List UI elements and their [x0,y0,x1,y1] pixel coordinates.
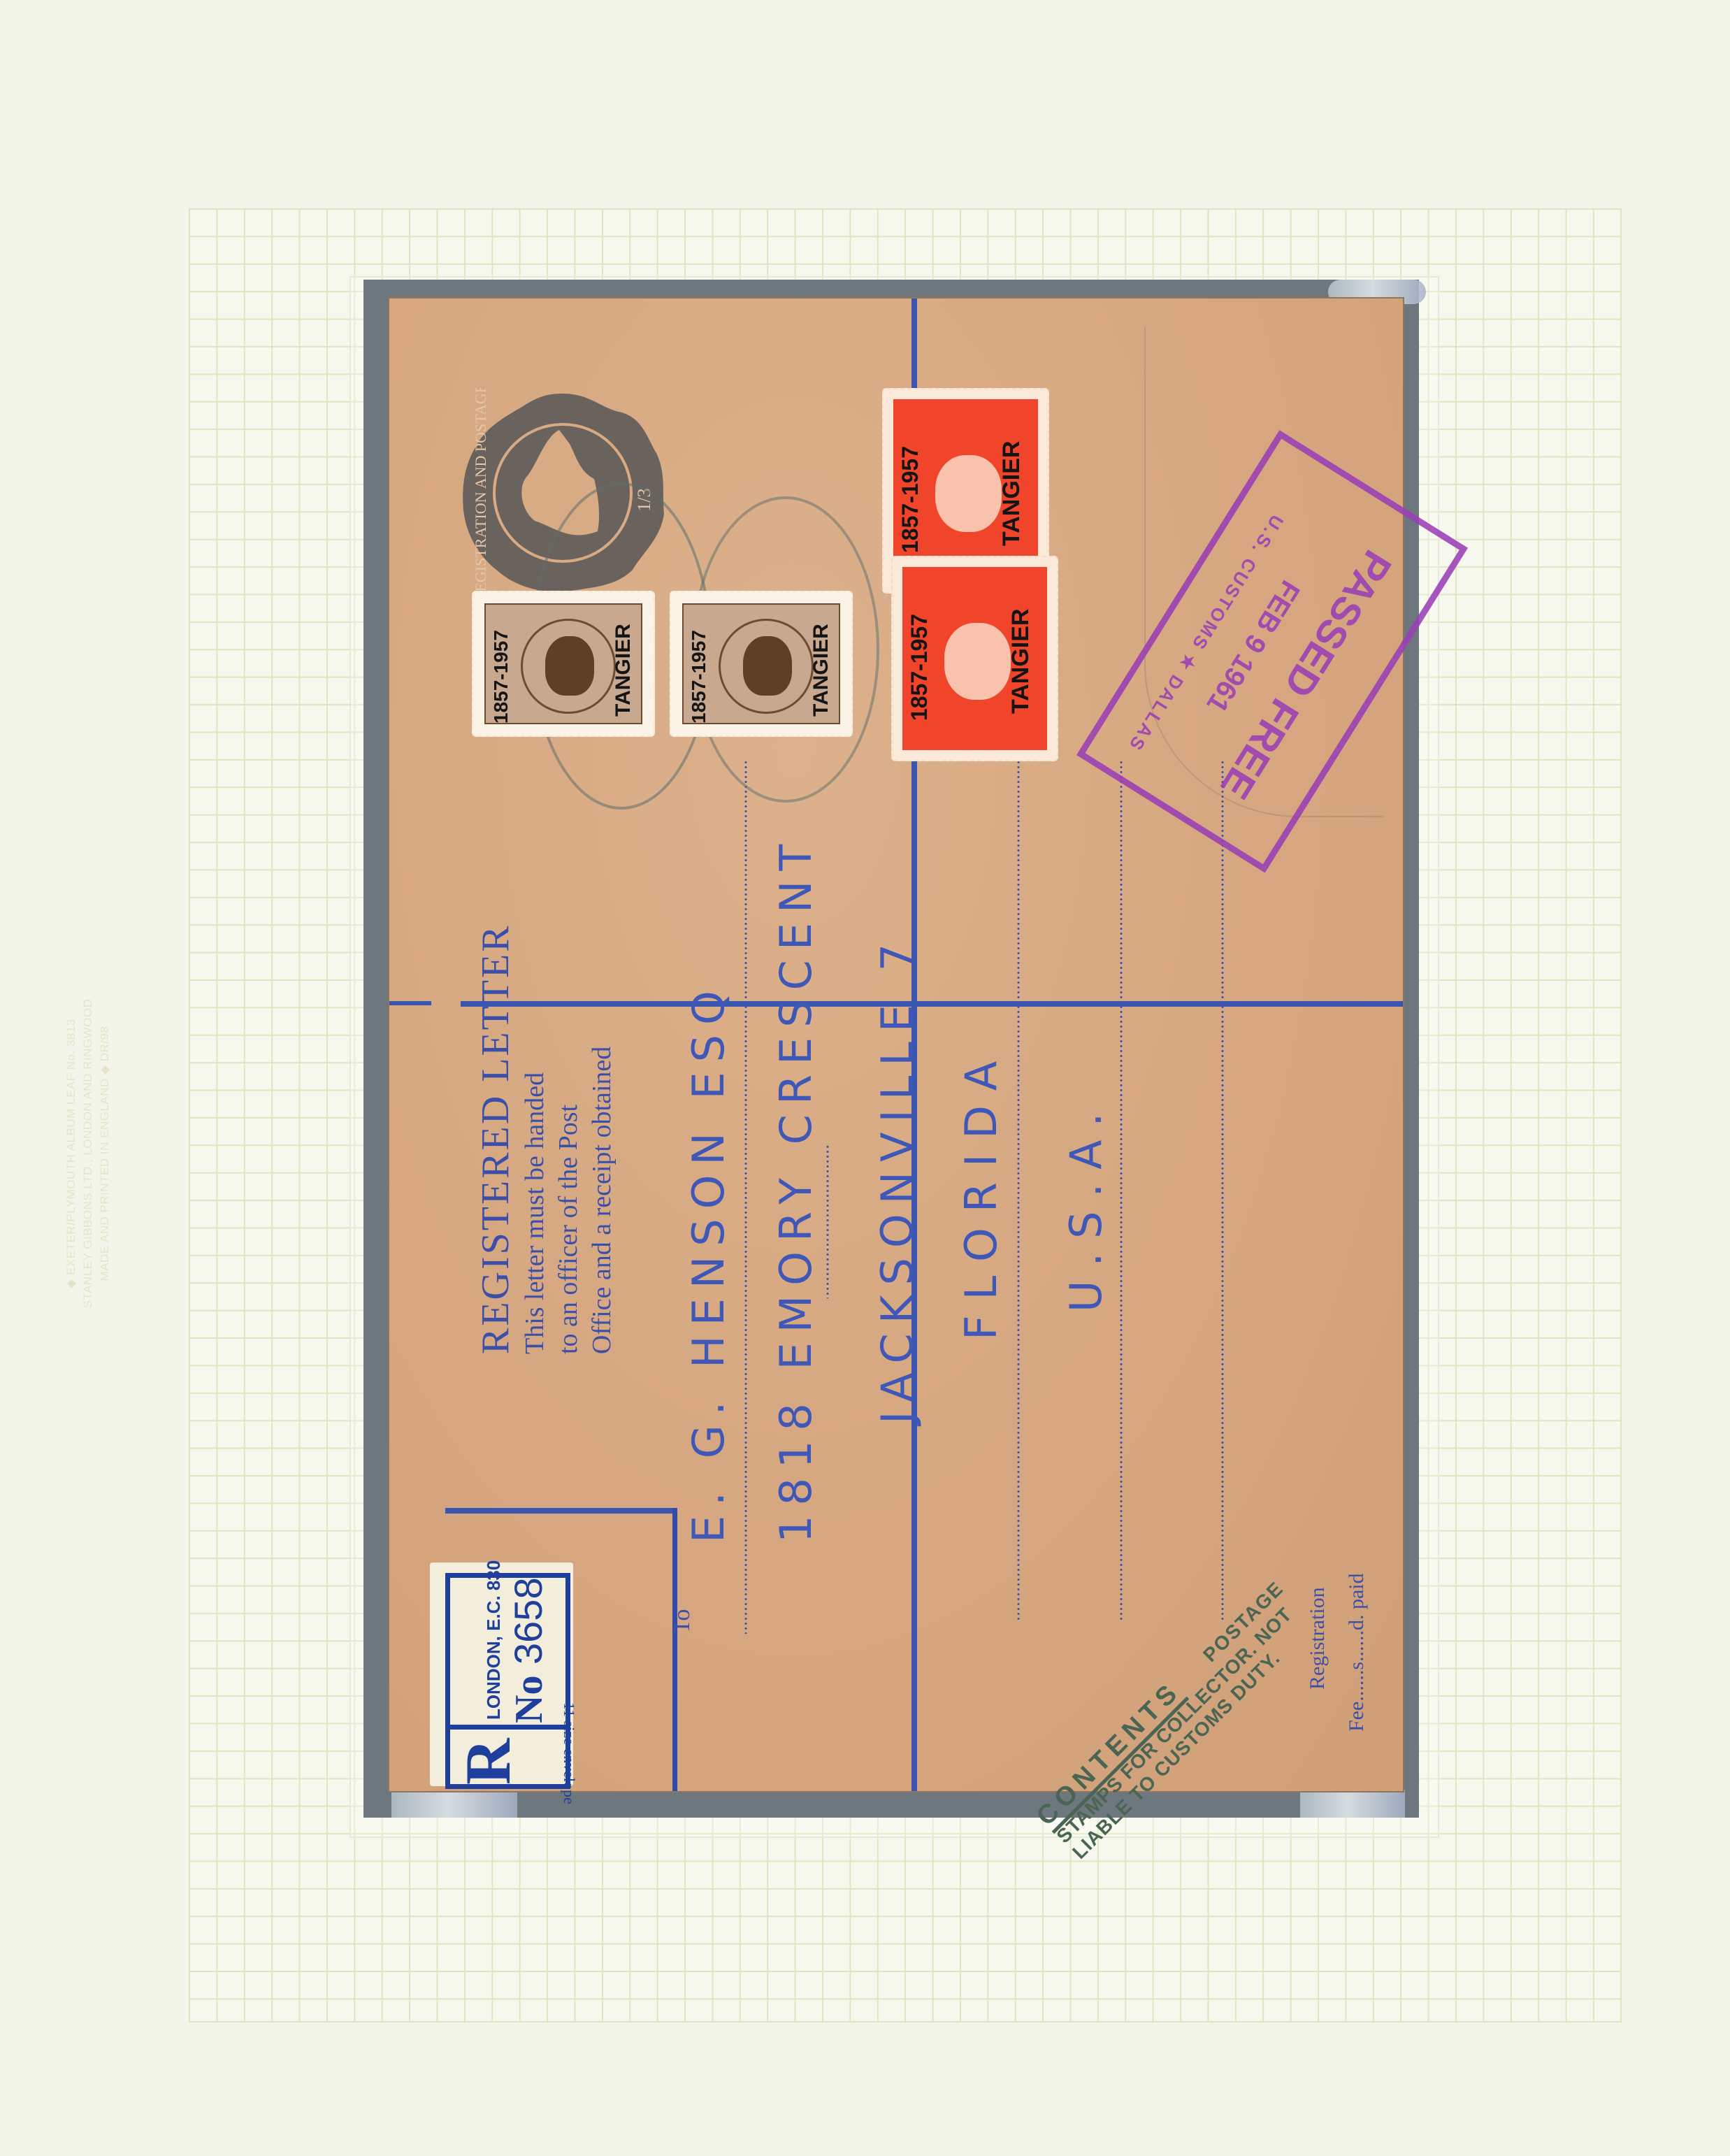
overprint-year: 1857-1957 [898,446,923,553]
stamp-five-pence: 1857-1957 TANGIER [472,591,655,737]
address-street: 1818 EMORY CRESCENT [770,835,821,1543]
address-name: E. G. HENSON ESQ [683,981,734,1543]
registered-letter-heading: REGISTERED LETTER [473,924,518,1354]
label-divider [445,1725,565,1730]
imprint-line: ◆ EXETER/PLYMOUTH ALBUM LEAF No. 3813 [63,874,80,1433]
stamp-five-pence: 1857-1957 TANGIER [670,591,853,737]
overprint-year: 1857-1957 [907,614,932,721]
address-country: U.S.A. [1060,1099,1111,1312]
registered-letter-block: REGISTERED LETTER This letter must be ha… [473,924,619,1354]
overprint-place: TANGIER [1007,609,1035,714]
overprint-place: TANGIER [998,441,1025,546]
overprint-year: 1857-1957 [688,630,710,724]
address-line-3 [1017,760,1020,1620]
stamp-half-penny: 1857-1957 TANGIER [891,556,1058,761]
label-number-prefix: No [507,1676,551,1723]
address-state: FLORIDA [956,1046,1007,1340]
label-number-value: 3658 [506,1577,550,1665]
overprint-year: 1857-1957 [490,630,512,724]
to-label: To [669,1609,695,1634]
label-office: LONDON, E.C. 830 [483,1560,505,1720]
sleeve-glare [1300,1790,1405,1818]
registration-fee-label: Registration [1298,1573,1337,1732]
overprint-place: TANGIER [612,624,635,717]
imprint-line: MADE AND PRINTED IN ENGLAND ◆ DR/98 [96,874,113,1433]
queen-portrait-icon [545,636,594,696]
address-city: JACKSONVILLE 7 [872,934,923,1424]
address-line-4 [1120,760,1123,1620]
label-side-text: 11 size envelope [560,1702,578,1804]
svg-text:REGISTRATION AND POSTAGE: REGISTRATION AND POSTAGE [472,388,489,598]
label-number: No 3658 [505,1577,552,1723]
queen-portrait-icon [944,623,1011,700]
instruction-line: Office and a receipt obtained [585,924,619,1354]
label-box-top [445,1508,676,1514]
registration-label: R LONDON, E.C. 830 No 3658 11 size envel… [430,1562,598,1786]
registration-fee-text: Fee......s......d. paid [1337,1573,1376,1732]
queen-portrait-icon [743,636,792,696]
blue-cross-rule-stub [389,1001,431,1005]
address-line-1 [744,760,747,1634]
address-line-5 [1221,760,1224,1620]
imprint-line: STANLEY GIBBONS LTD., LONDON AND RINGWOO… [80,874,96,1433]
overprint-place: TANGIER [809,624,833,717]
label-box-side [672,1508,677,1791]
queen-portrait-icon [935,455,1002,532]
label-r-letter: R [451,1739,525,1785]
registration-fee-block: Registration Fee......s......d. paid [1298,1573,1376,1732]
instruction-line: to an officer of the Post [552,924,585,1354]
address-line-2 [826,1144,829,1298]
instruction-line: This letter must be handed [518,924,552,1354]
